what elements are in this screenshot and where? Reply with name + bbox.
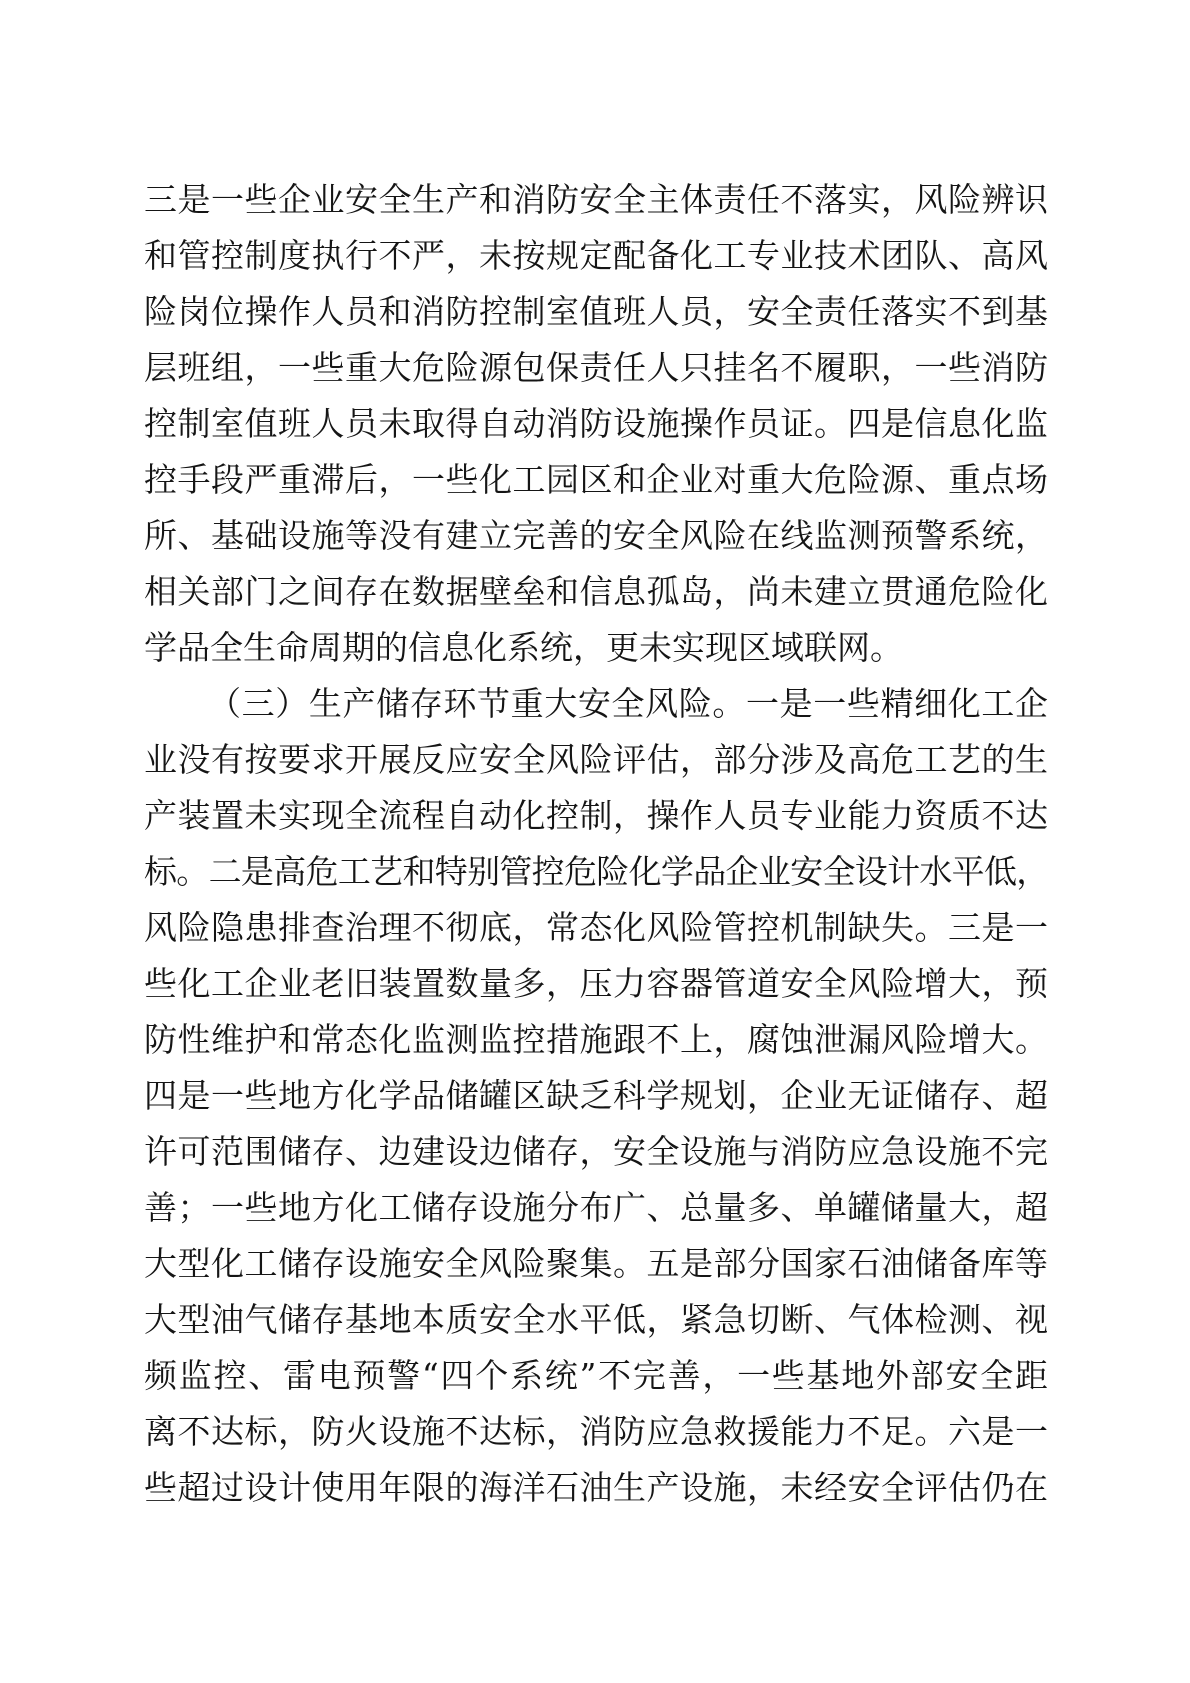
text-line: 许可范围储存、边建设边储存，安全设施与消防应急设施不完: [144, 1124, 1048, 1180]
text-line: 相关部门之间存在数据壁垒和信息孤岛，尚未建立贯通危险化: [144, 564, 1048, 620]
paragraph-section-three: （三）生产储存环节重大安全风险。一是一些精细化工企业没有按要求开展反应安全风险评…: [144, 676, 1048, 1516]
text-line: 三是一些企业安全生产和消防安全主体责任不落实，风险辨识: [144, 172, 1048, 228]
text-line: 学品全生命周期的信息化系统，更未实现区域联网。: [144, 620, 1048, 676]
text-line: 产装置未实现全流程自动化控制，操作人员专业能力资质不达: [144, 788, 1048, 844]
text-line: 大型油气储存基地本质安全水平低，紧急切断、气体检测、视: [144, 1292, 1048, 1348]
text-line: （三）生产储存环节重大安全风险。一是一些精细化工企: [144, 676, 1048, 732]
text-line: 善；一些地方化工储存设施分布广、总量多、单罐储量大，超: [144, 1180, 1048, 1236]
text-line: 所、基础设施等没有建立完善的安全风险在线监测预警系统，: [144, 508, 1048, 564]
text-line: 四是一些地方化学品储罐区缺乏科学规划，企业无证储存、超: [144, 1068, 1048, 1124]
text-line: 控手段严重滞后，一些化工园区和企业对重大危险源、重点场: [144, 452, 1048, 508]
text-line: 层班组，一些重大危险源包保责任人只挂名不履职，一些消防: [144, 340, 1048, 396]
text-line: 防性维护和常态化监测监控措施跟不上，腐蚀泄漏风险增大。: [144, 1012, 1048, 1068]
text-line: 和管控制度执行不严，未按规定配备化工专业技术团队、高风: [144, 228, 1048, 284]
text-line: 标。二是高危工艺和特别管控危险化学品企业安全设计水平低，: [144, 844, 1048, 900]
text-line: 大型化工储存设施安全风险聚集。五是部分国家石油储备库等: [144, 1236, 1048, 1292]
document-page: 三是一些企业安全生产和消防安全主体责任不落实，风险辨识和管控制度执行不严，未按规…: [0, 0, 1190, 1683]
text-line: 些化工企业老旧装置数量多，压力容器管道安全风险增大，预: [144, 956, 1048, 1012]
text-line: 控制室值班人员未取得自动消防设施操作员证。四是信息化监: [144, 396, 1048, 452]
document-body: 三是一些企业安全生产和消防安全主体责任不落实，风险辨识和管控制度执行不严，未按规…: [144, 172, 1048, 1516]
text-line: 业没有按要求开展反应安全风险评估，部分涉及高危工艺的生: [144, 732, 1048, 788]
text-line: 险岗位操作人员和消防控制室值班人员，安全责任落实不到基: [144, 284, 1048, 340]
text-line: 风险隐患排查治理不彻底，常态化风险管控机制缺失。三是一: [144, 900, 1048, 956]
text-line: 离不达标，防火设施不达标，消防应急救援能力不足。六是一: [144, 1404, 1048, 1460]
text-line: 些超过设计使用年限的海洋石油生产设施，未经安全评估仍在: [144, 1460, 1048, 1516]
paragraph-continuation: 三是一些企业安全生产和消防安全主体责任不落实，风险辨识和管控制度执行不严，未按规…: [144, 172, 1048, 676]
text-line: 频监控、雷电预警“四个系统”不完善，一些基地外部安全距: [144, 1348, 1048, 1404]
